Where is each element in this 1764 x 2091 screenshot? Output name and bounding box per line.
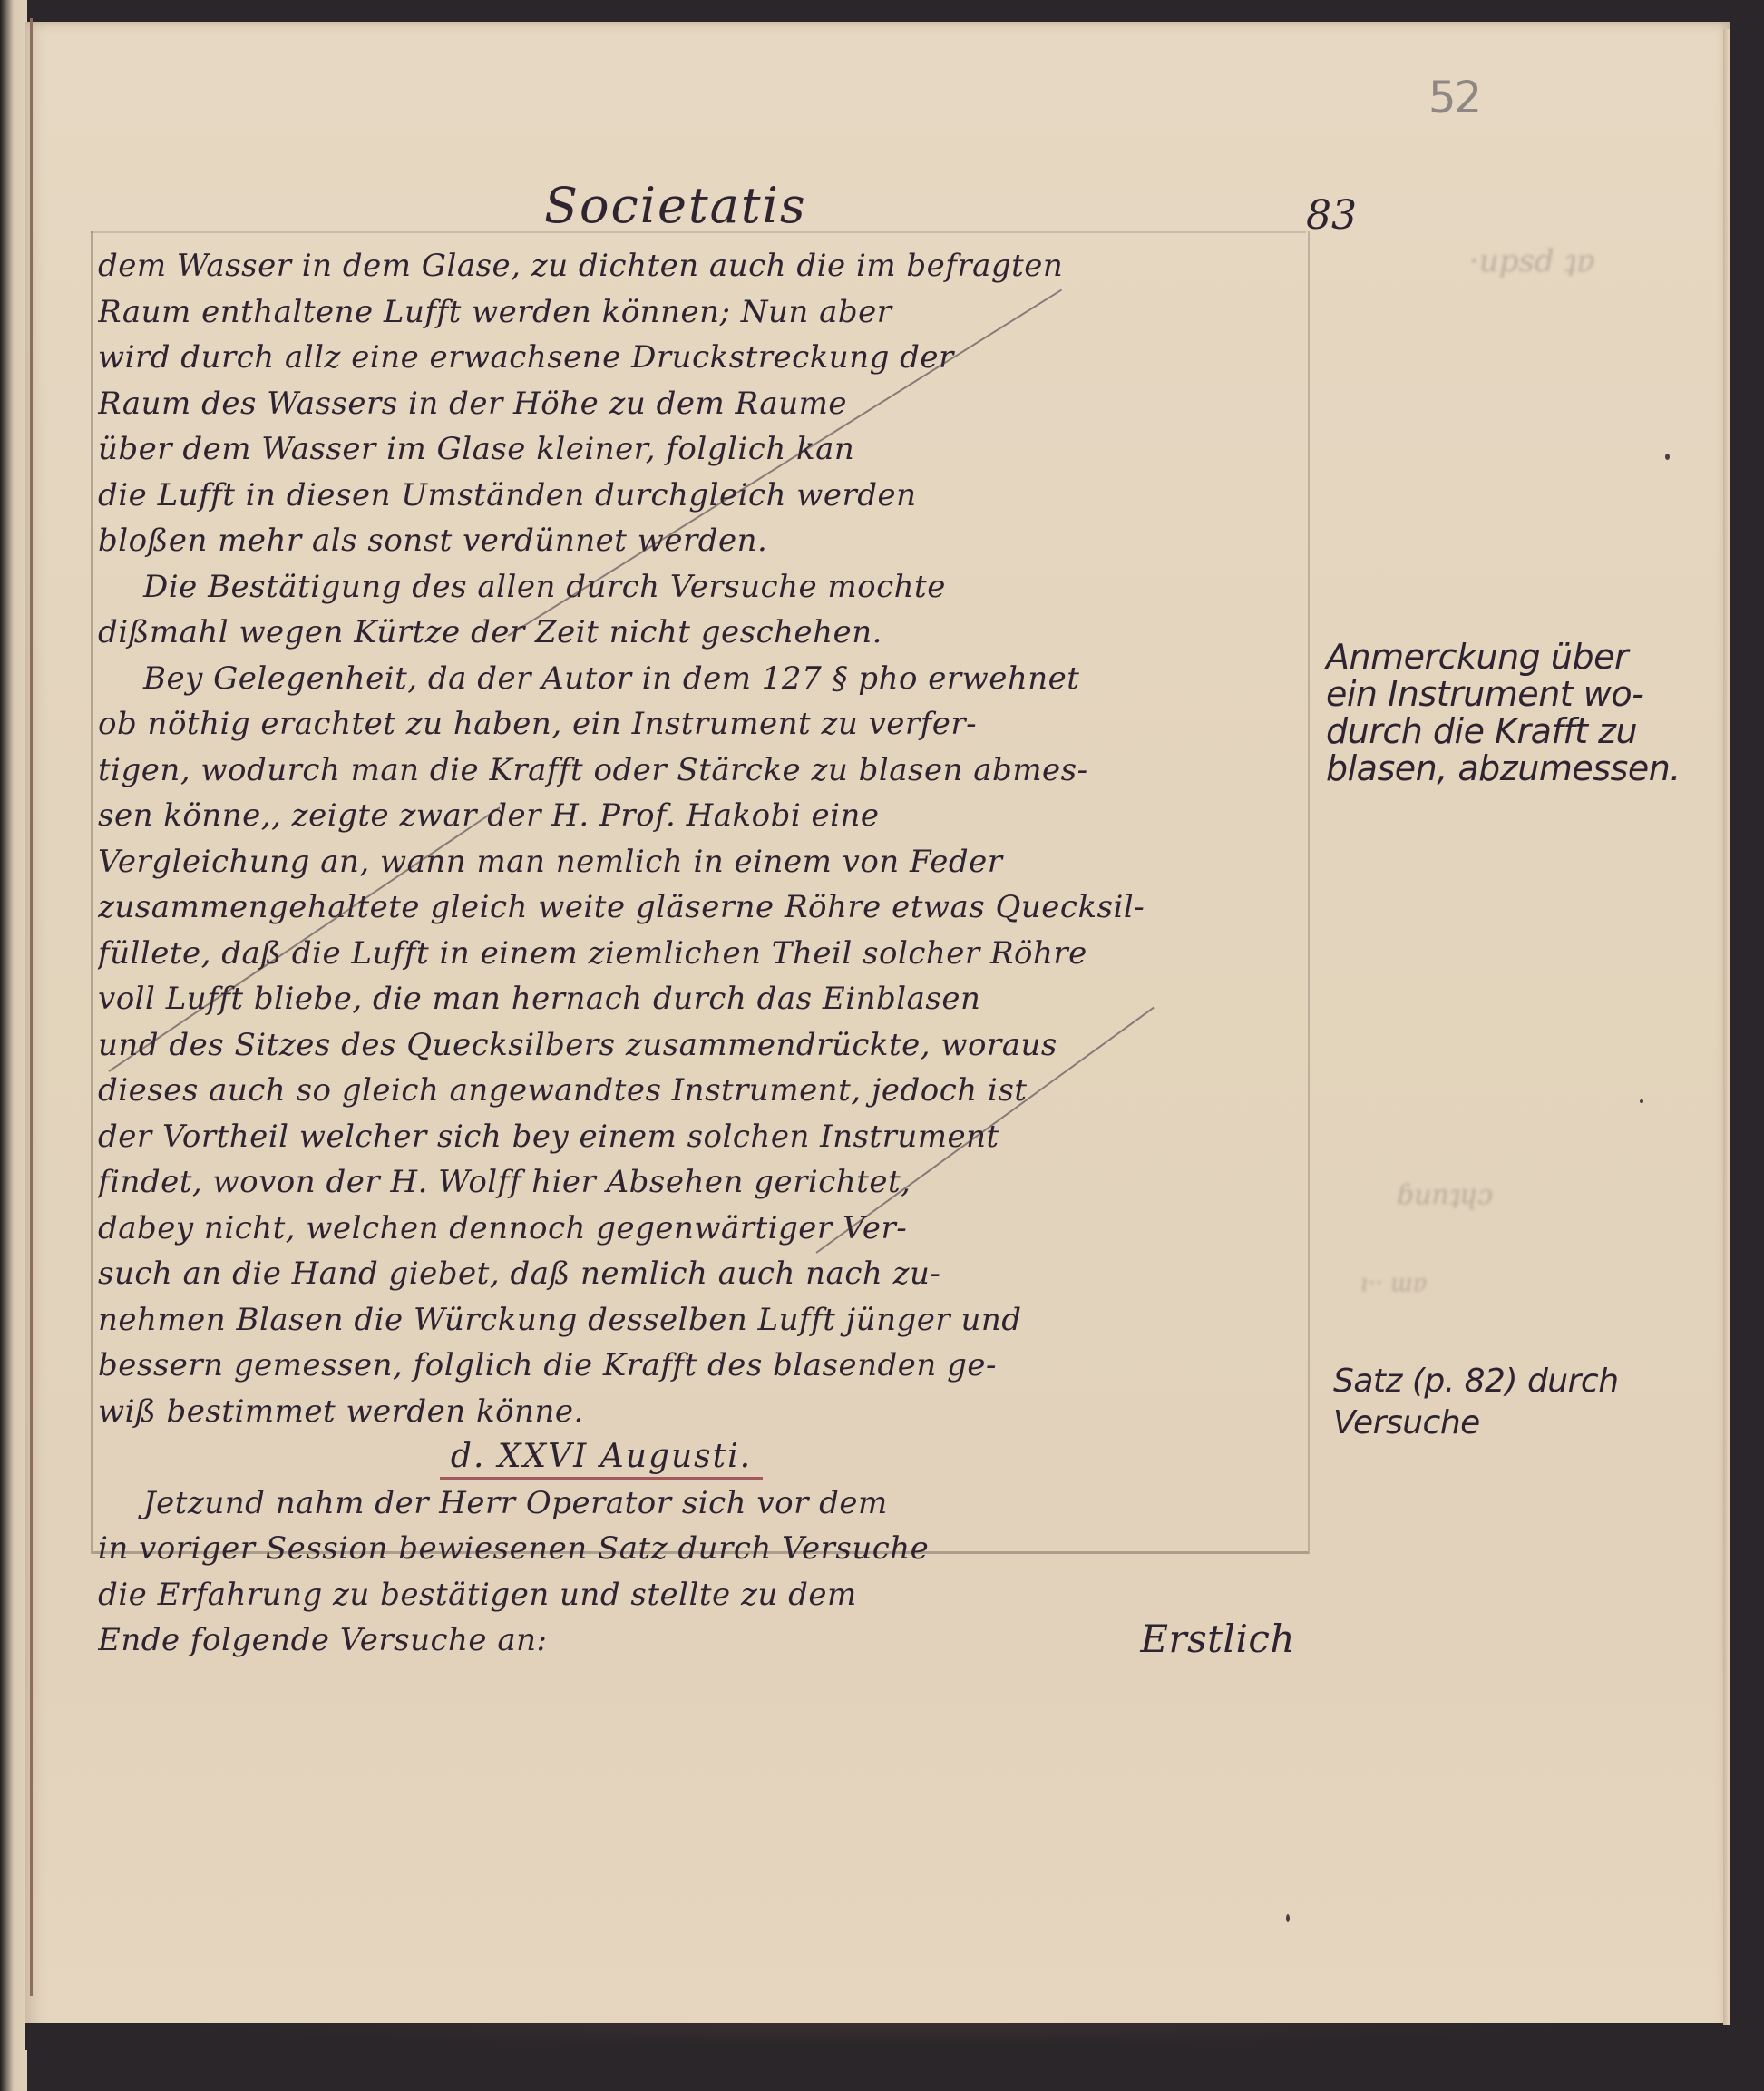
text-line: die Lufft in diesen Umständen durchgleic… [98, 473, 1304, 519]
page-fore-edge [1723, 29, 1730, 2025]
text-line: nehmen Blasen die Würckung desselben Luf… [98, 1297, 1304, 1344]
margin-note-line: ein Instrument wo- [1326, 676, 1707, 713]
text-line: wird durch allz eine erwachsene Druckstr… [98, 335, 1304, 381]
text-line: in voriger Session bewiesenen Satz durch… [98, 1526, 1304, 1572]
margin-note-satz: Satz (p. 82) durch Versuche [1333, 1361, 1696, 1444]
text-line: wiß bestimmet werden könne. [98, 1389, 1304, 1435]
scan-background-right [1730, 0, 1764, 2091]
date-heading-text: d. XXVI Augusti. [440, 1438, 763, 1480]
text-line: sen könne,, zeigte zwar der H. Prof. Hak… [98, 793, 1304, 839]
show-through-text: ı·· ɯɐ [1360, 1270, 1427, 1297]
margin-note-line: blasen, abzumessen. [1326, 750, 1707, 787]
text-line: Raum des Wassers in der Höhe zu dem Raum… [98, 381, 1304, 427]
main-text-block: dem Wasser in dem Glase, zu dichten auch… [98, 243, 1304, 1662]
text-line: der Vortheil welcher sich bey einem solc… [98, 1114, 1304, 1160]
book-binding-left [0, 0, 27, 2091]
margin-note-line: Satz (p. 82) durch [1333, 1361, 1696, 1402]
ink-speck [1665, 454, 1670, 460]
show-through-text: ·upsd ʇɐ [1469, 243, 1594, 279]
text-line: Bey Gelegenheit, da der Autor in dem 127… [98, 656, 1304, 702]
margin-note-line: Anmerckung über [1326, 639, 1707, 676]
margin-note-instrument: Anmerckung über ein Instrument wo- durch… [1326, 639, 1707, 787]
text-line: Die Bestätigung des allen durch Versuche… [98, 564, 1304, 611]
running-head: Societatis [544, 177, 807, 234]
text-line: tigen, wodurch man die Krafft oder Stärc… [98, 747, 1304, 794]
ink-speck [1640, 1099, 1643, 1103]
date-heading: d. XXVI Augusti. [98, 1434, 1304, 1480]
text-line: dem Wasser in dem Glase, zu dichten auch… [98, 243, 1304, 289]
text-line: bloßen mehr als sonst verdünnet werden. [98, 518, 1304, 564]
text-line: Raum enthaltene Lufft werden können; Nun… [98, 289, 1304, 336]
text-line: füllete, daß die Lufft in einem ziemlich… [98, 931, 1304, 977]
folio-number-pencil: 52 [1428, 73, 1480, 123]
text-line: dißmahl wegen Kürtze der Zeit nicht gesc… [98, 610, 1304, 656]
gutter-line [30, 18, 33, 1996]
text-line: dabey nicht, welchen dennoch gegenwärtig… [98, 1206, 1304, 1252]
text-line: die Erfahrung zu bestätigen und stellte … [98, 1572, 1304, 1618]
text-line: Jetzund nahm der Herr Operator sich vor … [98, 1480, 1304, 1527]
page-bottom-edge [25, 2023, 1730, 2050]
margin-note-line: durch die Krafft zu [1326, 713, 1707, 750]
text-line: bessern gemessen, folglich die Krafft de… [98, 1343, 1304, 1389]
text-line: such an die Hand giebet, daß nemlich auc… [98, 1251, 1304, 1297]
margin-note-line: Versuche [1333, 1402, 1696, 1444]
text-line: findet, wovon der H. Wolff hier Absehen … [98, 1159, 1304, 1206]
text-line: über dem Wasser im Glase kleiner, folgli… [98, 426, 1304, 473]
text-line: Vergleichung an, wann man nemlich in ein… [98, 839, 1304, 885]
ink-speck [1286, 1914, 1290, 1922]
show-through-text: ɓunʇɥɔ [1397, 1179, 1493, 1211]
page-number: 83 [1306, 192, 1357, 239]
text-line: dieses auch so gleich angewandtes Instru… [98, 1068, 1304, 1114]
text-line: ob nöthig erachtet zu haben, ein Instrum… [98, 701, 1304, 747]
text-line: voll Lufft bliebe, die man hernach durch… [98, 976, 1304, 1022]
text-line: zusammengehaltete gleich weite gläserne … [98, 884, 1304, 931]
